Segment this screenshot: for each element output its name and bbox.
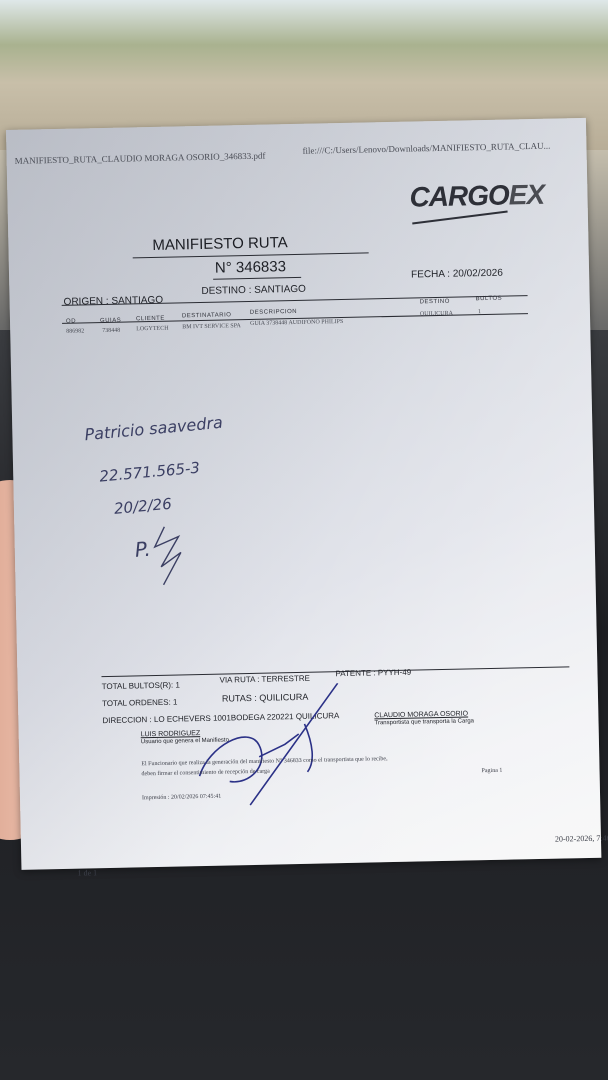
col-descripcion: DESCRIPCION <box>250 309 297 316</box>
page-label: Pagina 1 <box>481 768 502 774</box>
destino: DESTINO : SANTIAGO <box>201 284 306 297</box>
col-destino: DESTINO <box>420 299 450 306</box>
cargoex-logo: CARGOEX <box>409 179 544 214</box>
total-ordenes: TOTAL ORDENES: 1 <box>102 698 178 709</box>
origen: ORIGEN : SANTIAGO <box>64 295 164 308</box>
handwritten-name: Patricio saavedra <box>84 413 224 444</box>
handwritten-rut: 22.571.565-3 <box>99 459 201 486</box>
via-ruta: VIA RUTA : TERRESTRE <box>219 674 310 685</box>
print-header-path: file:///C:/Users/Lenovo/Downloads/MANIFI… <box>302 141 550 156</box>
col-bultos: BULTOS <box>476 296 503 303</box>
patente: PATENTE : PYYH-49 <box>335 668 411 679</box>
document-title: MANIFIESTO RUTA <box>152 234 288 254</box>
total-bultos: TOTAL BULTOS(R): 1 <box>102 680 180 691</box>
print-date-footer: 20-02-2026, 7:46 <box>555 833 608 843</box>
page-count: 1 de 1 <box>77 868 97 877</box>
handwritten-signature <box>144 522 195 593</box>
manifest-number: N° 346833 <box>215 258 286 276</box>
col-destinatario: DESTINATARIO <box>182 312 232 319</box>
handwritten-date: 20/2/26 <box>113 495 172 518</box>
manifest-document: MANIFIESTO_RUTA_CLAUDIO MORAGA OSORIO_34… <box>6 118 601 870</box>
print-header-filename: MANIFIESTO_RUTA_CLAUDIO MORAGA OSORIO_34… <box>15 151 266 166</box>
fecha: FECHA : 20/02/2026 <box>411 268 503 281</box>
carrier-role: Transportista que transporta la Carga <box>374 718 474 726</box>
